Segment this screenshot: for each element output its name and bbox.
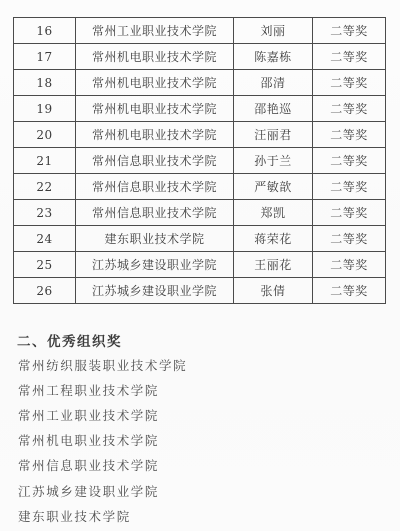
rank-cell: 23: [14, 200, 76, 226]
institution-cell: 常州机电职业技术学院: [76, 70, 234, 96]
name-cell: 孙于兰: [234, 148, 313, 174]
rank-cell: 21: [14, 148, 76, 174]
name-cell: 刘丽: [234, 18, 313, 44]
rank-cell: 19: [14, 96, 76, 122]
table-row: 25 江苏城乡建设职业学院 王丽花 二等奖: [14, 252, 386, 278]
rank-cell: 18: [14, 70, 76, 96]
table-row: 16 常州工业职业技术学院 刘丽 二等奖: [14, 18, 386, 44]
award-cell: 二等奖: [313, 70, 386, 96]
award-cell: 二等奖: [313, 148, 386, 174]
table-row: 23 常州信息职业技术学院 郑凯 二等奖: [14, 200, 386, 226]
name-cell: 汪丽君: [234, 122, 313, 148]
institution-cell: 建东职业技术学院: [76, 226, 234, 252]
organization-list: 常州纺织服装职业技术学院 常州工程职业技术学院 常州工业职业技术学院 常州机电职…: [18, 352, 187, 528]
award-cell: 二等奖: [313, 122, 386, 148]
rank-cell: 22: [14, 174, 76, 200]
award-cell: 二等奖: [313, 18, 386, 44]
rank-cell: 25: [14, 252, 76, 278]
section-heading: 二、优秀组织奖: [17, 330, 122, 350]
organization-item: 常州工程职业技术学院: [18, 377, 187, 402]
name-cell: 王丽花: [234, 252, 313, 278]
institution-cell: 常州信息职业技术学院: [76, 148, 234, 174]
organization-item: 常州纺织服装职业技术学院: [18, 352, 187, 377]
table-row: 21 常州信息职业技术学院 孙于兰 二等奖: [14, 148, 386, 174]
award-cell: 二等奖: [313, 278, 386, 304]
institution-cell: 江苏城乡建设职业学院: [76, 278, 234, 304]
table-row: 19 常州机电职业技术学院 邵艳巡 二等奖: [14, 96, 386, 122]
table-row: 18 常州机电职业技术学院 邵清 二等奖: [14, 70, 386, 96]
table-row: 26 江苏城乡建设职业学院 张倩 二等奖: [14, 278, 386, 304]
organization-item: 常州信息职业技术学院: [18, 453, 187, 478]
table-row: 22 常州信息职业技术学院 严敏歆 二等奖: [14, 174, 386, 200]
organization-item: 江苏城乡建设职业学院: [18, 478, 187, 503]
institution-cell: 常州信息职业技术学院: [76, 174, 234, 200]
award-cell: 二等奖: [313, 200, 386, 226]
institution-cell: 常州机电职业技术学院: [76, 122, 234, 148]
name-cell: 郑凯: [234, 200, 313, 226]
award-cell: 二等奖: [313, 96, 386, 122]
scanned-document-page: 16 常州工业职业技术学院 刘丽 二等奖 17 常州机电职业技术学院 陈嘉栋 二…: [0, 0, 400, 531]
rank-cell: 16: [14, 18, 76, 44]
institution-cell: 常州信息职业技术学院: [76, 200, 234, 226]
rank-cell: 26: [14, 278, 76, 304]
table-row: 24 建东职业技术学院 蒋荣花 二等奖: [14, 226, 386, 252]
institution-cell: 常州机电职业技术学院: [76, 96, 234, 122]
award-cell: 二等奖: [313, 174, 386, 200]
institution-cell: 常州机电职业技术学院: [76, 44, 234, 70]
award-table: 16 常州工业职业技术学院 刘丽 二等奖 17 常州机电职业技术学院 陈嘉栋 二…: [13, 17, 386, 304]
rank-cell: 17: [14, 44, 76, 70]
rank-cell: 20: [14, 122, 76, 148]
award-cell: 二等奖: [313, 252, 386, 278]
organization-item: 建东职业技术学院: [18, 503, 187, 528]
organization-item: 常州机电职业技术学院: [18, 428, 187, 453]
name-cell: 张倩: [234, 278, 313, 304]
rank-cell: 24: [14, 226, 76, 252]
name-cell: 陈嘉栋: [234, 44, 313, 70]
organization-item: 常州工业职业技术学院: [18, 402, 187, 427]
name-cell: 蒋荣花: [234, 226, 313, 252]
name-cell: 邵艳巡: [234, 96, 313, 122]
award-cell: 二等奖: [313, 44, 386, 70]
table-row: 17 常州机电职业技术学院 陈嘉栋 二等奖: [14, 44, 386, 70]
institution-cell: 江苏城乡建设职业学院: [76, 252, 234, 278]
institution-cell: 常州工业职业技术学院: [76, 18, 234, 44]
name-cell: 邵清: [234, 70, 313, 96]
award-cell: 二等奖: [313, 226, 386, 252]
name-cell: 严敏歆: [234, 174, 313, 200]
table-row: 20 常州机电职业技术学院 汪丽君 二等奖: [14, 122, 386, 148]
